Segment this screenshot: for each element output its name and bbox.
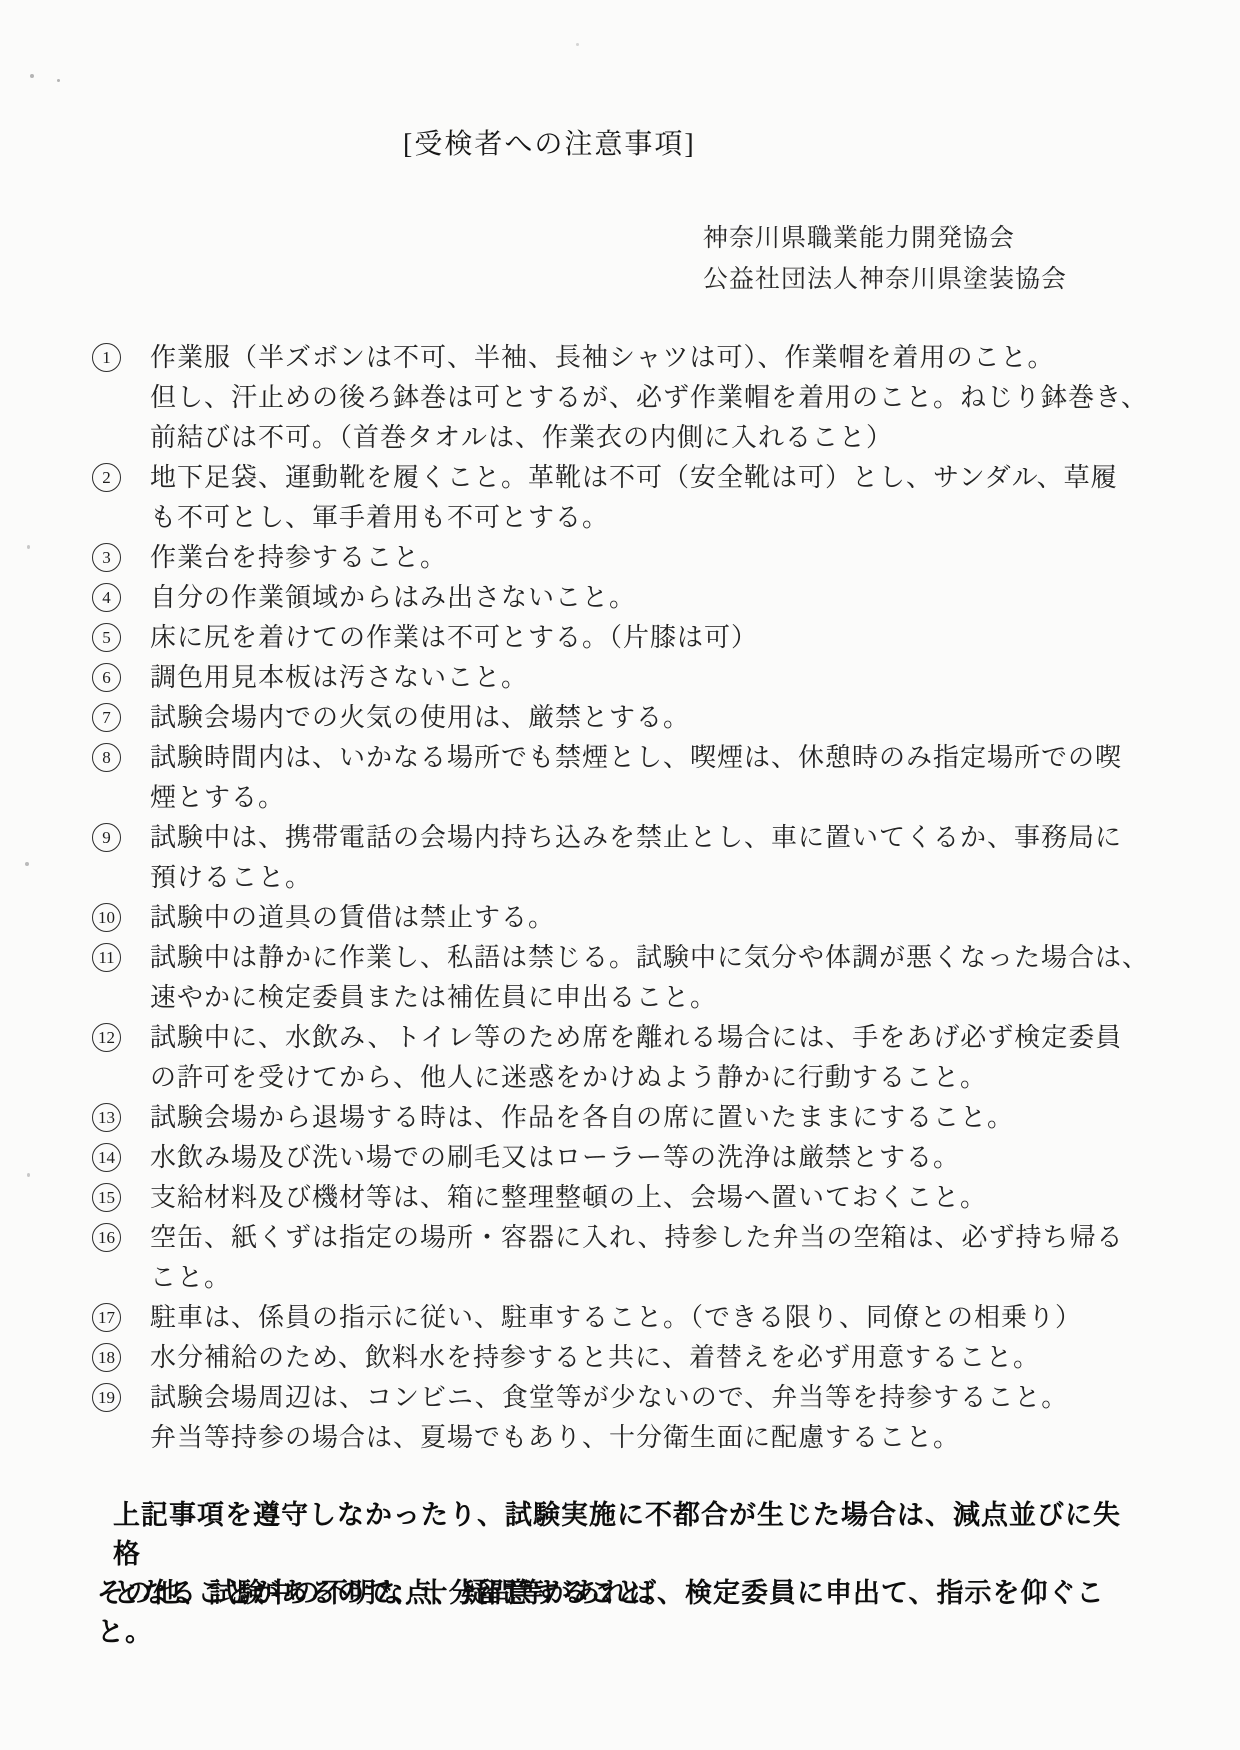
item-number-badge: 8: [92, 743, 121, 772]
item-text: 試験中に、水飲み、トイレ等のため席を離れる場合には、手をあげ必ず検定委員 の許可…: [150, 1018, 1122, 1098]
item-text: 試験中の道具の賃借は禁止する。: [150, 898, 555, 938]
item-number-column: 2: [92, 458, 150, 492]
item-number-column: 10: [92, 898, 150, 932]
item-number-column: 4: [92, 578, 150, 612]
item-number-badge: 15: [92, 1183, 121, 1212]
notice-item: 11 試験中は静かに作業し、私語は禁じる。試験中に気分や体調が悪くなった場合は、…: [92, 938, 1177, 1018]
item-number-badge: 10: [92, 903, 121, 932]
item-number-badge: 11: [92, 943, 121, 972]
item-number-badge: 13: [92, 1103, 121, 1132]
item-text: 空缶、紙くずは指定の場所・容器に入れ、持参した弁当の空箱は、必ず持ち帰る こと。: [150, 1218, 1124, 1298]
item-number-column: 1: [92, 338, 150, 372]
item-text: 床に尻を着けての作業は不可とする。（片膝は可）: [150, 618, 758, 658]
scan-speck: [25, 862, 29, 866]
item-number-badge: 14: [92, 1143, 121, 1172]
item-number-badge: 6: [92, 663, 121, 692]
item-number-badge: 19: [92, 1383, 121, 1412]
item-number-column: 18: [92, 1338, 150, 1372]
document-page: [受検者への注意事項] 神奈川県職業能力開発協会 公益社団法人神奈川県塗装協会 …: [0, 0, 1240, 1750]
item-number-badge: 1: [92, 343, 121, 372]
item-text: 試験時間内は、いかなる場所でも禁煙とし、喫煙は、休憩時のみ指定場所での喫 煙とす…: [150, 738, 1122, 818]
notice-item: 6 調色用見本板は汚さないこと。: [92, 658, 1177, 698]
item-text: 駐車は、係員の指示に従い、駐車すること。（できる限り、同僚との相乗り）: [150, 1298, 1082, 1338]
item-number-column: 7: [92, 698, 150, 732]
notice-item: 17 駐車は、係員の指示に従い、駐車すること。（できる限り、同僚との相乗り）: [92, 1298, 1177, 1338]
scan-speck: [30, 74, 34, 78]
item-number-column: 16: [92, 1218, 150, 1252]
footer-instruction-text: その他、試験中の不明な点、疑問等があれば、検定委員に申出て、指示を仰ぐこと。: [97, 1574, 1157, 1652]
notice-item: 7 試験会場内での火気の使用は、厳禁とする。: [92, 698, 1177, 738]
item-number-column: 14: [92, 1138, 150, 1172]
scan-speck: [27, 545, 30, 549]
notice-item: 10 試験中の道具の賃借は禁止する。: [92, 898, 1177, 938]
notice-item: 3 作業台を持参すること。: [92, 538, 1177, 578]
page-title: [受検者への注意事項]: [403, 122, 696, 162]
notice-item: 19 試験会場周辺は、コンビニ、食堂等が少ないので、弁当等を持参すること。 弁当…: [92, 1378, 1177, 1458]
item-number-column: 9: [92, 818, 150, 852]
notice-item: 18 水分補給のため、飲料水を持参すると共に、着替えを必ず用意すること。: [92, 1338, 1177, 1378]
notice-item: 12 試験中に、水飲み、トイレ等のため席を離れる場合には、手をあげ必ず検定委員 …: [92, 1018, 1177, 1098]
item-text: 水飲み場及び洗い場での刷毛又はローラー等の洗浄は厳禁とする。: [150, 1138, 960, 1178]
notice-item: 4 自分の作業領域からはみ出さないこと。: [92, 578, 1177, 618]
item-number-column: 8: [92, 738, 150, 772]
item-text: 試験会場内での火気の使用は、厳禁とする。: [150, 698, 690, 738]
item-number-column: 11: [92, 938, 150, 972]
item-text: 試験中は、携帯電話の会場内持ち込みを禁止とし、車に置いてくるか、事務局に 預ける…: [150, 818, 1122, 898]
item-number-column: 19: [92, 1378, 150, 1412]
item-number-column: 17: [92, 1298, 150, 1332]
notice-list: 1 作業服（半ズボンは不可、半袖、長袖シャツは可）、作業帽を着用のこと。 但し、…: [92, 338, 1177, 1458]
notice-item: 16 空缶、紙くずは指定の場所・容器に入れ、持参した弁当の空箱は、必ず持ち帰る …: [92, 1218, 1177, 1298]
item-number-column: 13: [92, 1098, 150, 1132]
notice-item: 8 試験時間内は、いかなる場所でも禁煙とし、喫煙は、休憩時のみ指定場所での喫 煙…: [92, 738, 1177, 818]
item-number-column: 3: [92, 538, 150, 572]
notice-item: 13 試験会場から退場する時は、作品を各自の席に置いたままにすること。: [92, 1098, 1177, 1138]
item-text: 自分の作業領域からはみ出さないこと。: [150, 578, 636, 618]
item-text: 作業台を持参すること。: [150, 538, 447, 578]
item-number-column: 15: [92, 1178, 150, 1212]
notice-item: 14 水飲み場及び洗い場での刷毛又はローラー等の洗浄は厳禁とする。: [92, 1138, 1177, 1178]
scan-speck: [576, 43, 579, 46]
item-text: 地下足袋、運動靴を履くこと。革靴は不可（安全靴は可）とし、サンダル、草履 も不可…: [150, 458, 1118, 538]
scan-speck: [57, 79, 60, 82]
item-number-badge: 9: [92, 823, 121, 852]
item-number-badge: 16: [92, 1223, 121, 1252]
notice-item: 5 床に尻を着けての作業は不可とする。（片膝は可）: [92, 618, 1177, 658]
item-number-column: 5: [92, 618, 150, 652]
item-number-column: 12: [92, 1018, 150, 1052]
scan-speck: [27, 1173, 30, 1177]
item-text: 試験中は静かに作業し、私語は禁じる。試験中に気分や体調が悪くなった場合は、 速や…: [150, 938, 1149, 1018]
item-number-badge: 4: [92, 583, 121, 612]
item-number-badge: 3: [92, 543, 121, 572]
notice-item: 9 試験中は、携帯電話の会場内持ち込みを禁止とし、車に置いてくるか、事務局に 預…: [92, 818, 1177, 898]
item-text: 支給材料及び機材等は、箱に整理整頓の上、会場へ置いておくこと。: [150, 1178, 987, 1218]
notice-item: 15 支給材料及び機材等は、箱に整理整頓の上、会場へ置いておくこと。: [92, 1178, 1177, 1218]
item-number-badge: 17: [92, 1303, 121, 1332]
item-text: 作業服（半ズボンは不可、半袖、長袖シャツは可）、作業帽を着用のこと。 但し、汗止…: [150, 338, 1148, 458]
item-number-column: 6: [92, 658, 150, 692]
item-number-badge: 5: [92, 623, 121, 652]
item-text: 水分補給のため、飲料水を持参すると共に、着替えを必ず用意すること。: [150, 1338, 1040, 1378]
organization-names: 神奈川県職業能力開発協会 公益社団法人神奈川県塗装協会: [703, 218, 1067, 300]
item-number-badge: 12: [92, 1023, 121, 1052]
notice-item: 2 地下足袋、運動靴を履くこと。革靴は不可（安全靴は可）とし、サンダル、草履 も…: [92, 458, 1177, 538]
item-number-badge: 2: [92, 463, 121, 492]
item-text: 試験会場周辺は、コンビニ、食堂等が少ないので、弁当等を持参すること。 弁当等持参…: [150, 1378, 1068, 1458]
item-text: 試験会場から退場する時は、作品を各自の席に置いたままにすること。: [150, 1098, 1014, 1138]
item-number-badge: 7: [92, 703, 121, 732]
item-number-badge: 18: [92, 1343, 121, 1372]
notice-item: 1 作業服（半ズボンは不可、半袖、長袖シャツは可）、作業帽を着用のこと。 但し、…: [92, 338, 1177, 458]
item-text: 調色用見本板は汚さないこと。: [150, 658, 528, 698]
